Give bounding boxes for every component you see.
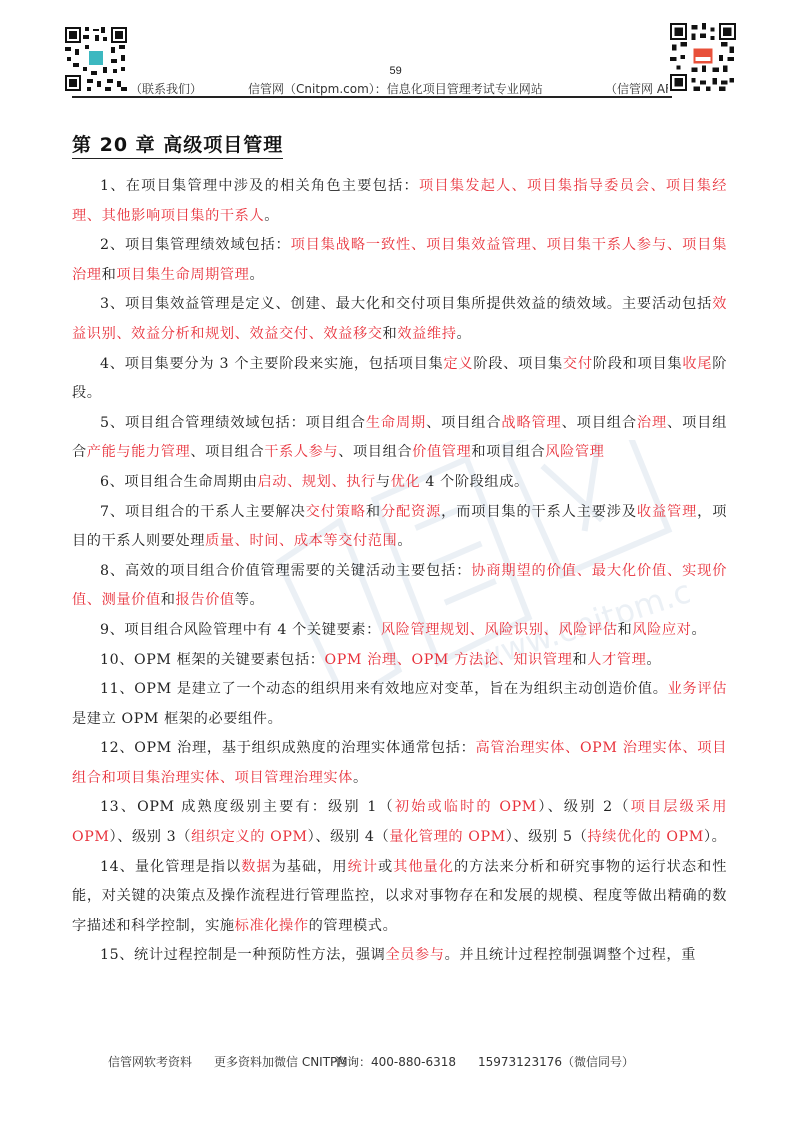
highlighted-term: 启动、规划、执行	[258, 474, 376, 490]
highlighted-term: 战略管理	[501, 415, 561, 431]
paragraph-text: 、项目组合	[426, 415, 501, 431]
numbered-paragraph: 15、统计过程控制是一种预防性方法，强调全员参与。并且统计过程控制强调整个过程，…	[72, 941, 727, 971]
highlighted-term: 分配资源	[381, 504, 441, 520]
numbered-paragraph: 10、OPM 框架的关键要素包括：OPM 治理、OPM 方法论、知识管理和人才管…	[72, 646, 727, 676]
numbered-paragraph: 1、在项目集管理中涉及的相关角色主要包括：项目集发起人、项目集指导委员会、项目集…	[72, 172, 727, 231]
numbered-paragraph: 5、项目组合管理绩效域包括：项目组合生命周期、项目组合战略管理、项目组合治理、项…	[72, 409, 727, 468]
highlighted-term: 产能与能力管理	[87, 444, 191, 460]
right-qr-code-icon	[668, 20, 738, 94]
paragraph-text: 4 个阶段组成。	[420, 474, 529, 490]
paragraph-text: 为基础，用	[272, 859, 348, 875]
highlighted-term: 交付	[563, 356, 593, 372]
paragraph-text: ）、级别 5（	[506, 829, 588, 845]
paragraph-text: 13、OPM 成熟度级别主要有：级别 1（	[100, 799, 395, 815]
paragraph-text: 15、统计过程控制是一种预防性方法，强调	[100, 947, 385, 963]
highlighted-term: 数据	[241, 859, 271, 875]
paragraph-text: 。	[264, 208, 279, 224]
paragraph-text: ，而项目集的干系人主要涉及	[441, 504, 637, 520]
paragraph-text: 。	[646, 652, 661, 668]
numbered-paragraph: 14、量化管理是指以数据为基础，用统计或其他量化的方法来分析和研究事物的运行状态…	[72, 853, 727, 942]
numbered-paragraph: 8、高效的项目组合价值管理需要的关键活动主要包括：协商期望的价值、最大化价值、实…	[72, 557, 727, 616]
paragraph-text: 等。	[235, 592, 265, 608]
paragraph-text: 14、量化管理是指以	[100, 859, 241, 875]
paragraph-text: 和	[572, 652, 587, 668]
paragraph-text: 、项目组合	[338, 444, 412, 460]
paragraph-text: 8、高效的项目组合价值管理需要的关键活动主要包括：	[100, 563, 471, 579]
highlighted-term: 干系人参与	[264, 444, 338, 460]
paragraph-text: ）、级别 4（	[308, 829, 390, 845]
numbered-paragraph: 9、项目组合风险管理中有 4 个关键要素：风险管理规划、风险识别、风险评估和风险…	[72, 616, 727, 646]
paragraph-text: 1、在项目集管理中涉及的相关角色主要包括：	[100, 178, 419, 194]
highlighted-term: 风险管理	[545, 444, 604, 460]
footer-mobile-wechat: 15973123176（微信同号）	[478, 1053, 634, 1070]
highlighted-term: 全员参与	[385, 947, 444, 963]
paragraph-text: 。并且统计过程控制强调整个过程，重	[445, 947, 696, 963]
highlighted-term: 标准化操作	[235, 918, 309, 934]
highlighted-term: 量化管理的 OPM	[389, 829, 506, 845]
paragraph-text: 阶段、项目集	[473, 356, 563, 372]
highlighted-term: 质量、时间、成本等交付范围	[205, 533, 397, 549]
paragraph-text: 和	[366, 504, 381, 520]
paragraph-text: 。	[397, 533, 412, 549]
paragraph-text: ）、级别 2（	[537, 799, 631, 815]
header-divider	[72, 96, 672, 98]
paragraph-text: 。	[457, 326, 472, 342]
footer-consult-phone: 咨询：400-880-6318	[335, 1053, 456, 1070]
highlighted-term: 业务评估	[668, 681, 727, 697]
header-right-label: （信管网 AF	[605, 80, 672, 97]
numbered-paragraph: 3、项目集效益管理是定义、创建、最大化和交付项目集所提供效益的绩效域。主要活动包…	[72, 290, 727, 349]
paragraph-text: 是建立 OPM 框架的必要组件。	[72, 711, 282, 727]
paragraph-text: 3、项目集效益管理是定义、创建、最大化和交付项目集所提供效益的绩效域。主要活动包…	[100, 296, 712, 312]
highlighted-term: 报告价值	[176, 592, 235, 608]
numbered-paragraph: 4、项目集要分为 3 个主要阶段来实施，包括项目集定义阶段、项目集交付阶段和项目…	[72, 350, 727, 409]
paragraph-text: 。	[249, 267, 264, 283]
paragraph-text: 10、OPM 框架的关键要素包括：	[100, 652, 325, 668]
highlighted-term: 其他量化	[393, 859, 454, 875]
paragraph-text: 9、项目组合风险管理中有 4 个关键要素：	[100, 622, 381, 638]
numbered-paragraph: 11、OPM 是建立了一个动态的组织用来有效地应对变革，旨在为组织主动创造价值。…	[72, 675, 727, 734]
highlighted-term: 交付策略	[306, 504, 366, 520]
paragraph-text: 和	[102, 267, 117, 283]
paragraph-text: 阶段和项目集	[593, 356, 683, 372]
numbered-paragraph: 13、OPM 成熟度级别主要有：级别 1（初始或临时的 OPM）、级别 2（项目…	[72, 793, 727, 852]
highlighted-term: 项目集生命周期管理	[116, 267, 249, 283]
paragraph-text: 和	[161, 592, 176, 608]
highlighted-term: 人才管理	[587, 652, 646, 668]
highlighted-term: 收尾	[682, 356, 712, 372]
paragraph-text: 6、项目组合生命周期由	[100, 474, 258, 490]
document-body: 1、在项目集管理中涉及的相关角色主要包括：项目集发起人、项目集指导委员会、项目集…	[72, 172, 727, 971]
paragraph-text: 11、OPM 是建立了一个动态的组织用来有效地应对变革，旨在为组织主动创造价值。	[100, 681, 668, 697]
paragraph-text: 或	[378, 859, 393, 875]
paragraph-text: 2、项目集管理绩效域包括：	[100, 237, 291, 253]
highlighted-term: 统计	[348, 859, 378, 875]
numbered-paragraph: 2、项目集管理绩效域包括：项目集战略一致性、项目集效益管理、项目集干系人参与、项…	[72, 231, 727, 290]
page-number: 59	[390, 65, 402, 77]
numbered-paragraph: 12、OPM 治理，基于组织成熟度的治理实体通常包括：高管治理实体、OPM 治理…	[72, 734, 727, 793]
paragraph-text: 和	[617, 622, 632, 638]
chapter-title: 第 20 章 高级项目管理	[72, 130, 283, 159]
highlighted-term: 优化	[391, 474, 421, 490]
paragraph-text: 7、项目组合的干系人主要解决	[100, 504, 306, 520]
paragraph-text: 与	[376, 474, 391, 490]
paragraph-text: 的管理模式。	[309, 918, 398, 934]
highlighted-term: OPM 治理、OPM 方法论、知识管理	[325, 652, 573, 668]
highlighted-term: 治理	[637, 415, 667, 431]
paragraph-text: 和	[383, 326, 398, 342]
highlighted-term: 效益维持	[397, 326, 456, 342]
footer-left-label: 信管网软考资料	[108, 1053, 192, 1070]
numbered-paragraph: 7、项目组合的干系人主要解决交付策略和分配资源，而项目集的干系人主要涉及收益管理…	[72, 498, 727, 557]
left-qr-code-icon	[63, 25, 129, 93]
paragraph-text: ）。	[704, 829, 726, 845]
header-site-title: 信管网（Cnitpm.com）：信息化项目管理考试专业网站	[248, 80, 543, 97]
highlighted-term: 持续优化的 OPM	[587, 829, 704, 845]
highlighted-term: 定义	[443, 356, 473, 372]
highlighted-term: 价值管理	[412, 444, 471, 460]
paragraph-text: 12、OPM 治理，基于组织成熟度的治理实体通常包括：	[100, 740, 476, 756]
paragraph-text: 和项目组合	[471, 444, 545, 460]
footer-wechat-note: 更多资料加微信 CNITPM	[214, 1053, 348, 1070]
paragraph-text: 、项目组合	[190, 444, 264, 460]
highlighted-term: 初始或临时的 OPM	[395, 799, 537, 815]
paragraph-text: 、项目组合	[562, 415, 637, 431]
numbered-paragraph: 6、项目组合生命周期由启动、规划、执行与优化 4 个阶段组成。	[72, 468, 727, 498]
highlighted-term: 收益管理	[637, 504, 697, 520]
paragraph-text: 。	[353, 770, 368, 786]
paragraph-text: ）、级别 3（	[110, 829, 192, 845]
highlighted-term: 组织定义的 OPM	[191, 829, 308, 845]
highlighted-term: 生命周期	[366, 415, 426, 431]
paragraph-text: 。	[691, 622, 706, 638]
paragraph-text: 5、项目组合管理绩效域包括：项目组合	[100, 415, 366, 431]
paragraph-text: 4、项目集要分为 3 个主要阶段来实施，包括项目集	[100, 356, 443, 372]
contact-us-caption: （联系我们）	[130, 80, 202, 97]
highlighted-term: 风险应对	[632, 622, 691, 638]
highlighted-term: 风险管理规划、风险识别、风险评估	[381, 622, 618, 638]
